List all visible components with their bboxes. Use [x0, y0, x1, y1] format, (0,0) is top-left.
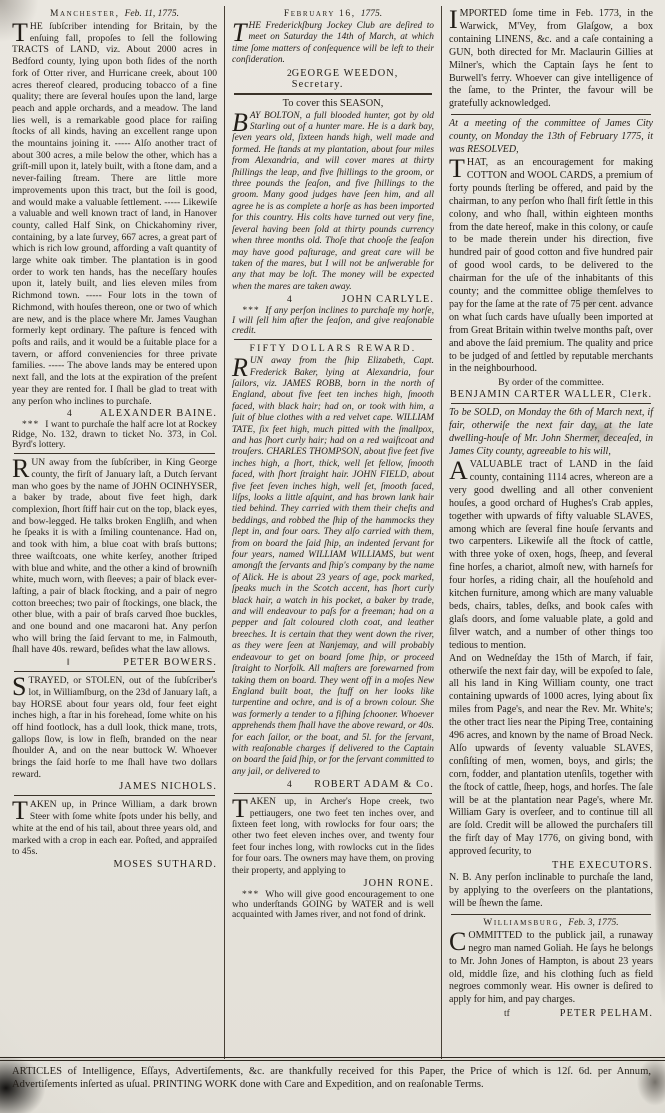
- ad-body: IMPORTED ſome time in Feb. 1773, in the …: [449, 8, 653, 111]
- drop-cap: I: [449, 8, 460, 30]
- ad-body-text: VALUABLE tract of LAND in the ſaid count…: [449, 459, 653, 651]
- drop-cap: S: [12, 675, 28, 697]
- ad-manchester-land-sale: Manchester, Feb. 11, 1775. THE ſubſcribe…: [12, 9, 217, 450]
- dateline-date: Feb. 3, 1775.: [568, 918, 618, 928]
- newspaper-page: Manchester, Feb. 11, 1775. THE ſubſcribe…: [0, 0, 665, 1113]
- section-rule: [451, 114, 651, 115]
- insertion-mark: tf: [504, 1009, 510, 1019]
- dateline-date: 1775.: [361, 9, 382, 19]
- signature-name: THE EXECUTORS.: [552, 860, 653, 871]
- section-rule: [234, 793, 432, 794]
- dateline-place: Manchester,: [50, 9, 120, 19]
- signature-line: 4 JOHN CARLYLE.: [232, 294, 434, 305]
- signature-line: ‖ PETER BOWERS.: [12, 657, 217, 668]
- signature-line: 2 GEORGE WEEDON, Secretary.: [232, 68, 434, 90]
- printers-footer-text: ARTICLES of Intelligence, Eſſays, Advert…: [12, 1065, 651, 1092]
- signature-line: MOSES SUTHARD.: [12, 859, 217, 870]
- ad-body: COMMITTED to the publick jail, a runaway…: [449, 930, 653, 1007]
- ad-body: STRAYED, or STOLEN, out of the ſubſcribe…: [12, 675, 217, 780]
- section-rule: [14, 671, 215, 672]
- column-left: Manchester, Feb. 11, 1775. THE ſubſcribe…: [5, 6, 224, 1059]
- ad-body: THAT, as an encouragement for making COT…: [449, 157, 653, 376]
- ad-intro-text: At a meeting of the committee of James C…: [449, 118, 653, 155]
- column-right: IMPORTED ſome time in Feb. 1773, in the …: [442, 6, 660, 1059]
- postscript: ***Who will give good encouragement to o…: [232, 890, 434, 920]
- section-rule: [14, 795, 215, 796]
- ad-body-text: AKEN up, in Archer's Hope creek, two pet…: [232, 797, 434, 875]
- columns-container: Manchester, Feb. 11, 1775. THE ſubſcribe…: [5, 6, 660, 1059]
- printers-footer: ARTICLES of Intelligence, Eſſays, Advert…: [0, 1057, 665, 1113]
- ad-body-text: MPORTED ſome time in Feb. 1773, in the W…: [449, 8, 653, 109]
- dateline-place: Williamsburg,: [483, 918, 563, 928]
- dateline: Williamsburg, Feb. 3, 1775.: [449, 918, 653, 928]
- ad-body-text: HE ſubſcriber intending for Britain, by …: [12, 21, 217, 407]
- postscript: ***If any perſon inclines to purchaſe my…: [232, 306, 434, 336]
- ad-body-2-text: And on Wedneſday the 15th of March, if f…: [449, 653, 653, 858]
- ad-fifty-dollars-reward: FIFTY DOLLARS REWARD. RUN away from the …: [232, 343, 434, 790]
- ad-body-text: UN away from the ſubſcriber, in King Geo…: [12, 457, 217, 655]
- signature-line: 4 ROBERT ADAM & Co.: [232, 779, 434, 790]
- dateline-date: Feb. 11, 1775.: [125, 9, 179, 19]
- ad-body: BAY BOLTON, a full blooded hunter, got b…: [232, 111, 434, 294]
- ad-intro-text: To be SOLD, on Monday the 6th of March n…: [449, 407, 653, 457]
- signature-line: BENJAMIN CARTER WALLER, Clerk.: [449, 389, 653, 400]
- ad-body: THE ſubſcriber intending for Britain, by…: [12, 21, 217, 407]
- asterism-mark: ***: [232, 890, 265, 900]
- ad-body-text: AY BOLTON, a full blooded hunter, got by…: [232, 111, 434, 292]
- insertion-mark: 4: [67, 409, 72, 419]
- postscript: ***I want to purchaſe the half acre lot …: [12, 420, 217, 450]
- signature-name: BENJAMIN CARTER WALLER, Clerk.: [450, 389, 652, 400]
- signature-line: THE EXECUTORS.: [449, 860, 653, 871]
- drop-cap: B: [232, 111, 250, 133]
- signature-name: GEORGE WEEDON, Secretary.: [292, 68, 434, 90]
- drop-cap: R: [12, 457, 31, 479]
- ad-shermer-estate-sale: To be SOLD, on Monday the 6th of March n…: [449, 407, 653, 910]
- section-rule: [14, 453, 215, 454]
- drop-cap: R: [232, 356, 250, 378]
- ad-jockey-club-notice: February 16, 1775. THE Frederickſburg Jo…: [232, 9, 434, 90]
- ad-body: AVALUABLE tract of LAND in the ſaid coun…: [449, 459, 653, 653]
- signature-name: JAMES NICHOLS.: [119, 781, 217, 792]
- insertion-mark: 4: [287, 295, 292, 305]
- byline: By order of the committee.: [449, 377, 653, 388]
- ad-body-2: And on Wedneſday the 15th of March, if f…: [449, 653, 653, 860]
- ad-bay-bolton-stud: To cover this SEASON, BAY BOLTON, a full…: [232, 98, 434, 337]
- section-rule: [451, 914, 651, 915]
- ad-body: RUN away from the ſhip Elizabeth, Capt. …: [232, 356, 434, 778]
- signature-name: ROBERT ADAM & Co.: [314, 779, 434, 790]
- signature-name: MOSES SUTHARD.: [113, 859, 217, 870]
- drop-cap: T: [12, 799, 30, 821]
- asterism-mark: ***: [232, 306, 265, 316]
- signature-name: ALEXANDER BAINE.: [100, 408, 217, 419]
- insertion-mark: ‖: [67, 658, 70, 668]
- drop-cap: T: [232, 797, 250, 819]
- section-rule: [234, 339, 432, 340]
- ad-committed-jail-pelham: Williamsburg, Feb. 3, 1775. COMMITTED to…: [449, 918, 653, 1019]
- ad-intro: To be SOLD, on Monday the 6th of March n…: [449, 407, 653, 459]
- signature-line: tf PETER PELHAM.: [449, 1008, 653, 1019]
- ad-body: TAKEN up, in Archer's Hope creek, two pe…: [232, 797, 434, 877]
- nota-bene: N. B. Any perſon inclinable to purchaſe …: [449, 872, 653, 911]
- dateline-place: February 16,: [284, 9, 356, 19]
- nota-bene-text: N. B. Any perſon inclinable to purchaſe …: [449, 872, 653, 909]
- ad-intro: At a meeting of the committee of James C…: [449, 118, 653, 157]
- ad-heading: To cover this SEASON,: [232, 98, 434, 109]
- ad-body-text: UN away from the ſhip Elizabeth, Capt. F…: [232, 356, 434, 777]
- drop-cap: C: [449, 930, 468, 952]
- drop-cap: A: [449, 459, 470, 481]
- ad-imported-goods-notice: IMPORTED ſome time in Feb. 1773, in the …: [449, 8, 653, 111]
- ad-body: RUN away from the ſubſcriber, in King Ge…: [12, 457, 217, 656]
- signature-name: PETER PELHAM.: [560, 1008, 653, 1019]
- section-rule: [234, 93, 432, 95]
- signature-line: JOHN RONE.: [232, 878, 434, 889]
- ad-heading: FIFTY DOLLARS REWARD.: [232, 343, 434, 354]
- column-middle: February 16, 1775. THE Frederickſburg Jo…: [224, 6, 442, 1059]
- asterism-mark: ***: [12, 420, 45, 430]
- ad-body-text: HAT, as an encouragement for making COTT…: [449, 157, 653, 375]
- signature-name: JOHN RONE.: [364, 878, 435, 889]
- ad-strayed-horse-nichols: STRAYED, or STOLEN, out of the ſubſcribe…: [12, 675, 217, 792]
- section-rule: [451, 403, 651, 404]
- signature-line: 4 ALEXANDER BAINE.: [12, 408, 217, 419]
- dateline: Manchester, Feb. 11, 1775.: [12, 9, 217, 19]
- drop-cap: T: [449, 157, 467, 179]
- signature-line: JAMES NICHOLS.: [12, 781, 217, 792]
- ad-runaway-servant-bowers: RUN away from the ſubſcriber, in King Ge…: [12, 457, 217, 668]
- signature-name: PETER BOWERS.: [123, 657, 217, 668]
- ad-taken-up-steer-suthard: TAKEN up, in Prince William, a dark brow…: [12, 799, 217, 870]
- signature-name: JOHN CARLYLE.: [342, 294, 434, 305]
- ad-pettiaugers-taken-up: TAKEN up, in Archer's Hope creek, two pe…: [232, 797, 434, 920]
- ad-body: TAKEN up, in Prince William, a dark brow…: [12, 799, 217, 858]
- drop-cap: T: [232, 21, 248, 43]
- insertion-mark: 4: [287, 780, 292, 790]
- ad-committee-resolution: At a meeting of the committee of James C…: [449, 118, 653, 400]
- ad-body-text: TRAYED, or STOLEN, out of the ſubſcriber…: [12, 675, 217, 780]
- drop-cap: T: [12, 21, 30, 43]
- ad-body: THE Frederickſburg Jockey Club are deſir…: [232, 21, 434, 67]
- dateline: February 16, 1775.: [232, 9, 434, 19]
- ad-body-text: OMMITTED to the publick jail, a runaway …: [449, 930, 653, 1006]
- ad-body-text: HE Frederickſburg Jockey Club are deſire…: [232, 21, 434, 65]
- ad-body-text: AKEN up, in Prince William, a dark brown…: [12, 799, 217, 857]
